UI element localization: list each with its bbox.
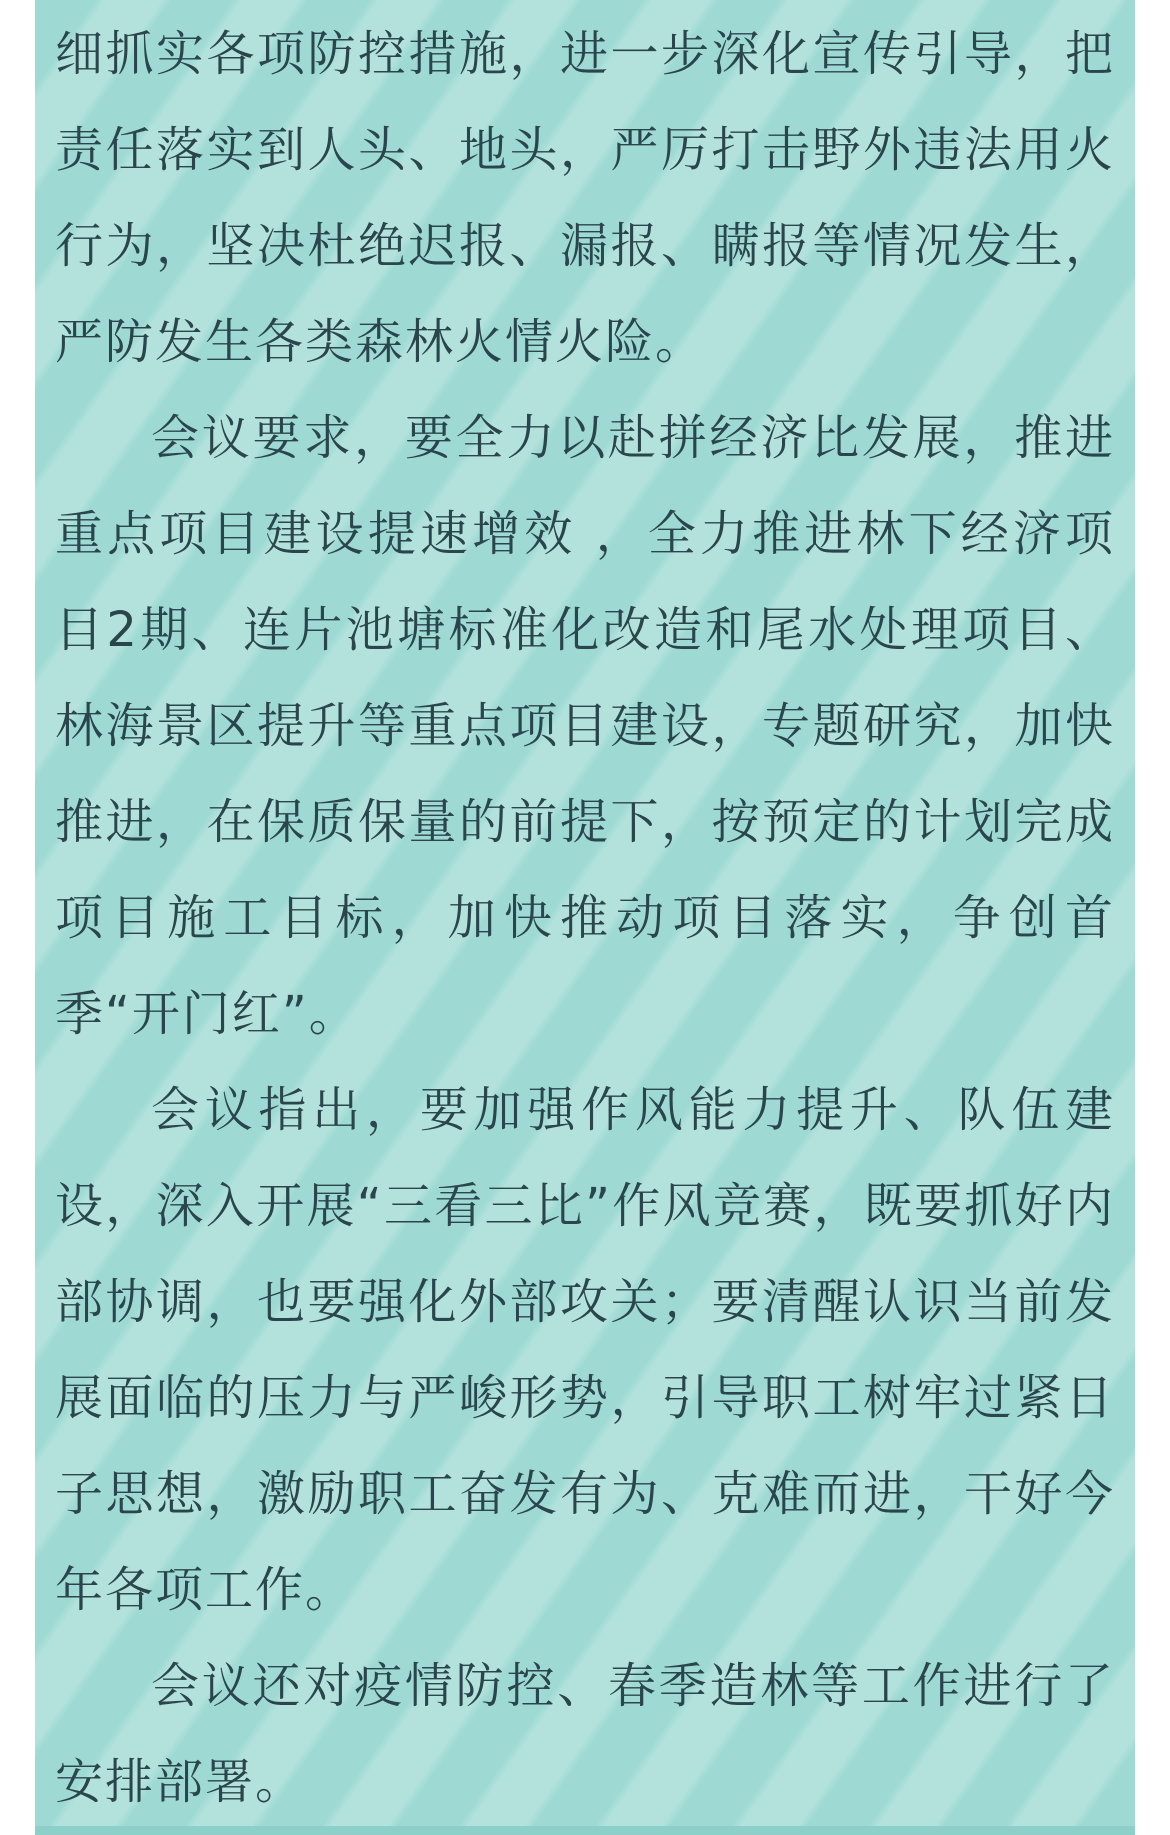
page-background: 细抓实各项防控措施，进一步深化宣传引导，把责任落实到人头、地头，严厉打击野外违法… xyxy=(0,0,1170,1835)
paragraph: 细抓实各项防控措施，进一步深化宣传引导，把责任落实到人头、地头，严厉打击野外违法… xyxy=(55,6,1115,390)
article-background-band: 细抓实各项防控措施，进一步深化宣传引导，把责任落实到人头、地头，严厉打击野外违法… xyxy=(35,0,1135,1835)
paragraph: 会议还对疫情防控、春季造林等工作进行了安排部署。 xyxy=(55,1638,1115,1830)
paragraph: 会议指出，要加强作风能力提升、队伍建设，深入开展“三看三比”作风竞赛，既要抓好内… xyxy=(55,1062,1115,1638)
article-text-block: 细抓实各项防控措施，进一步深化宣传引导，把责任落实到人头、地头，严厉打击野外违法… xyxy=(55,6,1115,1830)
bottom-accent-strip xyxy=(35,1826,1135,1835)
screenshot-root: { "page": { "margin_color": "#ffffff", "… xyxy=(0,0,1170,1835)
paragraph: 会议要求，要全力以赴拼经济比发展，推进重点项目建设提速增效 ，全力推进林下经济项… xyxy=(55,390,1115,1062)
